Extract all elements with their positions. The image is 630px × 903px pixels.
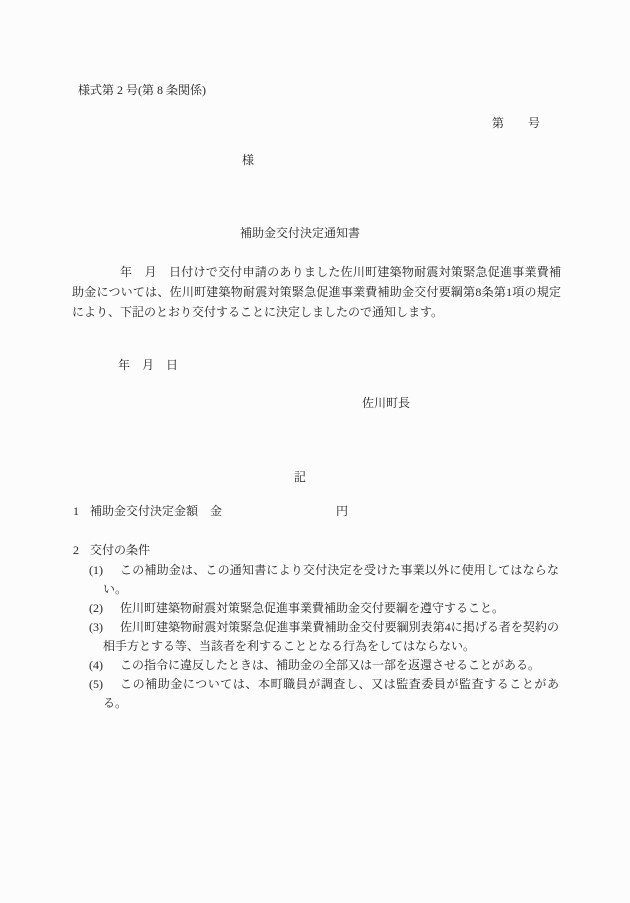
condition-4-text: この指令に違反したときは、補助金の全部又は一部を返還させることがある。: [120, 658, 540, 672]
condition-item: (2) 佐川町建築物耐震対策緊急促進事業費補助金交付要綱を遵守すること。: [103, 599, 559, 618]
condition-item: (5) この補助金については、本町職員が調査し、又は監査委員が監査することがある…: [103, 675, 559, 713]
condition-1-number: (1): [89, 561, 103, 580]
condition-item: (1) この補助金は、この通知書により交付決定を受けた事業以外に使用してはならな…: [103, 561, 559, 599]
condition-5-number: (5): [89, 675, 103, 694]
amount-prefix: 金: [210, 504, 222, 518]
item-1-row: 1補助金交付決定金額金円: [73, 501, 348, 521]
item-2-number: 2: [73, 540, 90, 560]
condition-3-text: 佐川町建築物耐震対策緊急促進事業費補助金交付要綱別表第4に掲げる者を契約の相手方…: [103, 620, 559, 653]
condition-5-text: この補助金については、本町職員が調査し、又は監査委員が監査することがある。: [103, 677, 559, 710]
sender-name: 佐川町長: [362, 393, 410, 413]
addressee-honorific: 様: [242, 150, 254, 170]
item-1-number: 1: [73, 501, 90, 521]
document-page: 様式第 2 号(第 8 条関係) 第 号 様 補助金交付決定通知書 年 月 日付…: [0, 0, 630, 903]
document-title: 補助金交付決定通知書: [240, 226, 360, 240]
item-1-label: 補助金交付決定金額: [90, 504, 198, 518]
document-number: 第 号: [492, 113, 540, 133]
conditions-list: (1) この補助金は、この通知書により交付決定を受けた事業以外に使用してはならな…: [103, 561, 559, 713]
condition-4-number: (4): [89, 656, 103, 675]
condition-item: (3) 佐川町建築物耐震対策緊急促進事業費補助金交付要綱別表第4に掲げる者を契約…: [103, 618, 559, 656]
record-marker-row: 記: [40, 467, 560, 487]
condition-item: (4) この指令に違反したときは、補助金の全部又は一部を返還させることがある。: [103, 656, 559, 675]
body-paragraph: 年 月 日付けで交付申請のありました佐川町建築物耐震対策緊急促進事業費補助金につ…: [72, 262, 561, 322]
condition-2-number: (2): [89, 599, 103, 618]
record-marker: 記: [294, 470, 306, 484]
condition-3-number: (3): [89, 618, 103, 637]
condition-2-text: 佐川町建築物耐震対策緊急促進事業費補助金交付要綱を遵守すること。: [120, 601, 504, 615]
title-row: 補助金交付決定通知書: [40, 223, 560, 243]
condition-1-text: この補助金は、この通知書により交付決定を受けた事業以外に使用してはならない。: [103, 563, 559, 596]
item-2-label: 交付の条件: [90, 543, 150, 557]
form-number: 様式第 2 号(第 8 条関係): [78, 80, 206, 100]
issue-date-line: 年 月 日: [118, 355, 178, 375]
amount-suffix: 円: [336, 504, 348, 518]
item-2-row: 2交付の条件: [73, 540, 150, 560]
